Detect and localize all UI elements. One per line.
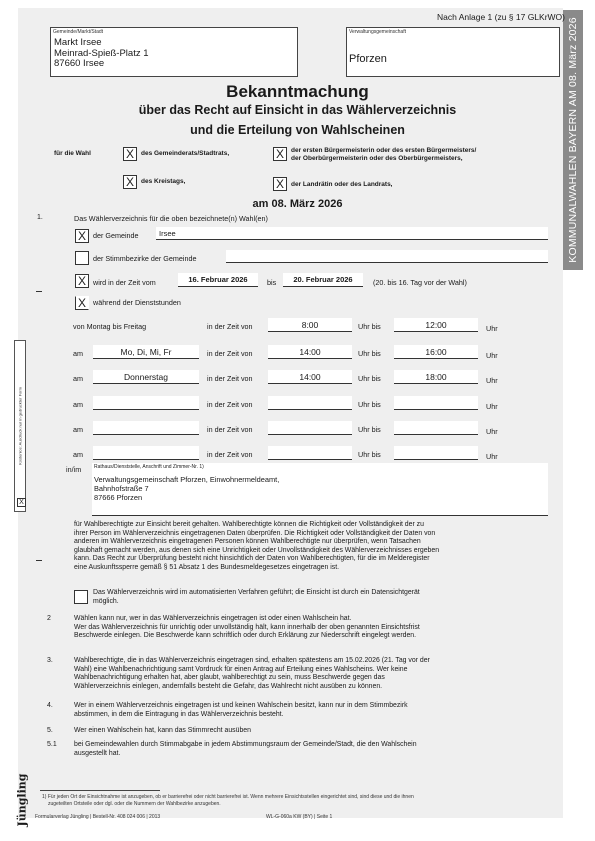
zeitraum-bis-label: bis bbox=[267, 278, 276, 287]
schedule-from-field[interactable]: 14:00 bbox=[268, 370, 352, 384]
section-text: Wer in einem Wählerverzeichnis eingetrag… bbox=[74, 702, 408, 719]
schedule-uhr-label: Uhr bbox=[486, 376, 498, 385]
fill-instructions: Kostenlos: Ausdruck nur in gedruckter Fo… bbox=[14, 340, 26, 512]
municipality-name: Markt Irsee bbox=[54, 38, 149, 49]
stimmbezirke-label: der Stimmbezirke der Gemeinde bbox=[93, 254, 196, 263]
checkbox-stimmbezirke[interactable] bbox=[75, 251, 89, 265]
schedule-to-label: Uhr bis bbox=[358, 400, 381, 409]
schedule-uhr-label: Uhr bbox=[486, 324, 498, 333]
footnote-line-2: zugeteilten Ortsteile oder dgl. oder die… bbox=[48, 801, 221, 807]
schedule-from-field[interactable] bbox=[268, 396, 352, 410]
checkbox-district-council[interactable]: X bbox=[123, 175, 137, 189]
page-title: Bekanntmachung bbox=[0, 82, 595, 102]
zeitraum-label: wird in der Zeit vom bbox=[93, 278, 156, 287]
administrative-community-value: Pforzen bbox=[349, 54, 387, 65]
schedule-from-label: in der Zeit von bbox=[207, 374, 253, 383]
schedule-weekdays-label: von Montag bis Freitag bbox=[73, 322, 146, 331]
election-label: für die Wahl bbox=[54, 150, 91, 158]
gemeinde-label: der Gemeinde bbox=[93, 231, 139, 240]
location-prefix: in/im bbox=[66, 465, 81, 474]
zeitraum-note: (20. bis 16. Tag vor der Wahl) bbox=[373, 278, 467, 287]
schedule-to-field[interactable]: 18:00 bbox=[394, 370, 478, 384]
option-district-administrator: der Landrätin oder des Landrats, bbox=[291, 181, 393, 189]
schedule-uhr-label: Uhr bbox=[486, 452, 498, 461]
option-district-council: des Kreistags, bbox=[141, 178, 185, 186]
schedule-to-label: Uhr bis bbox=[358, 322, 381, 331]
zeitraum-to-field[interactable]: 20. Februar 2026 bbox=[283, 273, 363, 287]
schedule-from-field[interactable]: 14:00 bbox=[268, 345, 352, 359]
schedule-to-field[interactable] bbox=[394, 421, 478, 435]
schedule-day-field[interactable] bbox=[93, 421, 199, 435]
option-municipal-council: des Gemeinderats/Stadtrats, bbox=[141, 150, 229, 158]
fill-instructions-text: Kostenlos: Ausdruck nur in gedruckter Fo… bbox=[18, 387, 23, 465]
schedule-day-field[interactable]: Donnerstag bbox=[93, 370, 199, 384]
schedule-from-label: in der Zeit von bbox=[207, 400, 253, 409]
schedule-from-label: in der Zeit von bbox=[207, 450, 253, 459]
schedule-am-label: am bbox=[73, 349, 83, 358]
schedule-am-label: am bbox=[73, 450, 83, 459]
section-1-intro: Das Wählerverzeichnis für die oben bezei… bbox=[74, 214, 268, 223]
page-subtitle-2: und die Erteilung von Wahlscheinen bbox=[0, 123, 595, 137]
checkbox-gemeinde[interactable]: X bbox=[75, 229, 89, 243]
inspection-paragraph: für Wahlberechtigte zur Einsicht bereit … bbox=[74, 521, 439, 573]
fold-mark-bottom bbox=[36, 560, 42, 561]
footnote-line-1: 1) Für jeden Ort der Einsichtnahme ist a… bbox=[42, 794, 414, 800]
schedule-day-field[interactable] bbox=[93, 446, 199, 460]
schedule-to-label: Uhr bis bbox=[358, 425, 381, 434]
schedule-from-field[interactable] bbox=[268, 446, 352, 460]
schedule-to-field[interactable]: 16:00 bbox=[394, 345, 478, 359]
option-mayor: der ersten Bürgermeisterin oder des erst… bbox=[291, 147, 476, 162]
checkbox-municipal-council[interactable]: X bbox=[123, 147, 137, 161]
administrative-community-label: Verwaltungsgemeinschaft bbox=[349, 29, 406, 35]
location-address: Verwaltungsgemeinschaft Pforzen, Einwohn… bbox=[94, 475, 279, 502]
section-text: Wählen kann nur, wer in das Wählerverzei… bbox=[74, 615, 420, 641]
schedule-to-field[interactable] bbox=[394, 446, 478, 460]
municipality-label: Gemeinde/Markt/Stadt bbox=[53, 29, 103, 35]
section-text: bei Gemeindewahlen durch Stimmabgabe in … bbox=[74, 741, 417, 758]
page-subtitle-1: über das Recht auf Einsicht in das Wähle… bbox=[0, 103, 595, 117]
schedule-from-label: in der Zeit von bbox=[207, 425, 253, 434]
legal-reference: Nach Anlage 1 (zu § 17 GLKrWO) bbox=[437, 12, 565, 22]
schedule-uhr-label: Uhr bbox=[486, 402, 498, 411]
schedule-to-label: Uhr bis bbox=[358, 374, 381, 383]
checkbox-automated[interactable] bbox=[74, 590, 88, 604]
schedule-am-label: am bbox=[73, 425, 83, 434]
administrative-community-box: Verwaltungsgemeinschaft Pforzen bbox=[346, 27, 560, 77]
publisher-info: Formularverlag Jüngling | Bestell-Nr. 40… bbox=[35, 814, 160, 820]
section-number: 4. bbox=[47, 702, 53, 709]
election-banner: KOMMUNALWAHLEN BAYERN AM 08. März 2026 bbox=[563, 10, 583, 270]
section-number: 3. bbox=[47, 657, 53, 664]
schedule-from-label: in der Zeit von bbox=[207, 349, 253, 358]
section-text: Wahlberechtigte, die in das Wählerverzei… bbox=[74, 657, 430, 691]
schedule-uhr-label: Uhr bbox=[486, 351, 498, 360]
checkbox-zeitraum[interactable]: X bbox=[75, 274, 89, 288]
schedule-am-label: am bbox=[73, 400, 83, 409]
section-number: 5. bbox=[47, 727, 53, 734]
checkbox-dienststunden[interactable]: X bbox=[75, 296, 89, 310]
instructions-checkbox-icon: X bbox=[17, 498, 26, 507]
automated-text: Das Wählerverzeichnis wird im automatisi… bbox=[93, 589, 420, 606]
section-1-number: 1. bbox=[37, 214, 43, 221]
election-date: am 08. März 2026 bbox=[0, 198, 595, 210]
fold-mark-top bbox=[36, 291, 42, 292]
publisher-logo: Jüngling bbox=[12, 780, 32, 820]
checkbox-district-administrator[interactable]: X bbox=[273, 177, 287, 191]
footnote-divider bbox=[40, 790, 160, 791]
municipality-box: Gemeinde/Markt/Stadt Markt Irsee Meinrad… bbox=[50, 27, 298, 77]
section-number: 2 bbox=[47, 615, 51, 622]
location-label: Rathaus/Dienststelle, Anschrift und Zimm… bbox=[94, 464, 204, 470]
election-banner-text: KOMMUNALWAHLEN BAYERN AM 08. März 2026 bbox=[567, 17, 579, 262]
schedule-uhr-label: Uhr bbox=[486, 427, 498, 436]
zeitraum-from-field[interactable]: 16. Februar 2026 bbox=[178, 273, 258, 287]
gemeinde-field[interactable]: Irsee bbox=[156, 227, 548, 240]
section-number: 5.1 bbox=[47, 741, 57, 748]
schedule-from-field[interactable]: 8:00 bbox=[268, 318, 352, 332]
dienststunden-label: während der Dienststunden bbox=[93, 298, 181, 307]
schedule-am-label: am bbox=[73, 374, 83, 383]
checkbox-mayor[interactable]: X bbox=[273, 147, 287, 161]
municipality-city: 87660 Irsee bbox=[54, 59, 149, 70]
stimmbezirke-field[interactable] bbox=[226, 250, 548, 263]
location-field[interactable]: Rathaus/Dienststelle, Anschrift und Zimm… bbox=[92, 463, 548, 516]
schedule-to-field[interactable]: 12:00 bbox=[394, 318, 478, 332]
schedule-to-label: Uhr bis bbox=[358, 450, 381, 459]
schedule-to-label: Uhr bis bbox=[358, 349, 381, 358]
section-text: Wer einen Wahlschein hat, kann das Stimm… bbox=[74, 727, 251, 736]
schedule-day-field[interactable]: Mo, Di, Mi, Fr bbox=[93, 345, 199, 359]
form-id: WL-G-060a KW (BY) | Seite 1 bbox=[266, 814, 332, 820]
schedule-to-field[interactable] bbox=[394, 396, 478, 410]
municipality-address: Markt Irsee Meinrad-Spieß-Platz 1 87660 … bbox=[54, 38, 149, 70]
schedule-day-field[interactable] bbox=[93, 396, 199, 410]
schedule-from-field[interactable] bbox=[268, 421, 352, 435]
schedule-from-label: in der Zeit von bbox=[207, 322, 253, 331]
